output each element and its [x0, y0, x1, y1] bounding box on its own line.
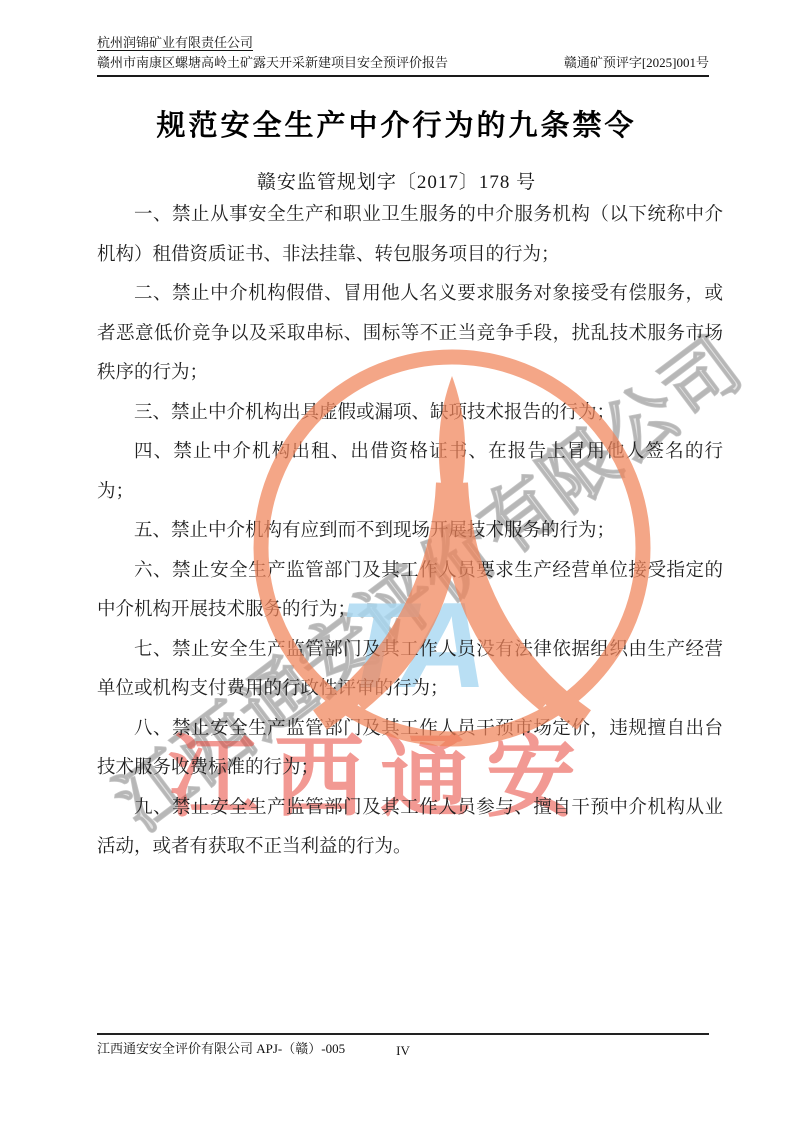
- prohibition-item-5: 五、禁止中介机构有应到而不到现场开展技术服务的行为；: [97, 512, 723, 552]
- header-report-row: 赣州市南康区螺塘高岭土矿露天开采新建项目安全预评价报告 赣通矿预评字[2025]…: [97, 53, 709, 77]
- document-body: 一、禁止从事安全生产和职业卫生服务的中介服务机构（以下统称中介机构）租借资质证书…: [97, 196, 723, 868]
- prohibition-item-4: 四、禁止中介机构出租、出借资格证书、在报告上冒用他人签名的行为；: [97, 433, 723, 512]
- prohibition-item-6: 六、禁止安全生产监管部门及其工作人员要求生产经营单位接受指定的中介机构开展技术服…: [97, 552, 723, 631]
- page-footer: 江西通安安全评价有限公司 APJ-（赣）-005 IV: [97, 1033, 709, 1059]
- header-report-title: 赣州市南康区螺塘高岭土矿露天开采新建项目安全预评价报告: [97, 53, 448, 73]
- prohibition-item-1: 一、禁止从事安全生产和职业卫生服务的中介服务机构（以下统称中介机构）租借资质证书…: [97, 196, 723, 275]
- prohibition-item-8: 八、禁止安全生产监管部门及其工作人员干预市场定价，违规擅自出台技术服务收费标准的…: [97, 710, 723, 789]
- header-doc-code: 赣通矿预评字[2025]001号: [564, 53, 709, 73]
- page-title: 规范安全生产中介行为的九条禁令: [0, 103, 793, 144]
- header-company-name: 杭州润锦矿业有限责任公司: [97, 33, 709, 53]
- document-number: 赣安监管规划字〔2017〕178 号: [0, 167, 793, 194]
- document-page: 江西通安评价有限公司 TA 江西通安 杭州润锦矿业有限责任公司 赣州市南康区螺塘…: [0, 0, 793, 1122]
- prohibition-item-3: 三、禁止中介机构出具虚假或漏项、缺项技术报告的行为；: [97, 394, 723, 434]
- footer-rule: [97, 1033, 709, 1035]
- prohibition-item-9: 九、禁止安全生产监管部门及其工作人员参与、擅自干预中介机构从业活动，或者有获取不…: [97, 789, 723, 868]
- page-header: 杭州润锦矿业有限责任公司 赣州市南康区螺塘高岭土矿露天开采新建项目安全预评价报告…: [97, 33, 709, 77]
- prohibition-item-7: 七、禁止安全生产监管部门及其工作人员没有法律依据组织由生产经营单位或机构支付费用…: [97, 631, 723, 710]
- prohibition-item-2: 二、禁止中介机构假借、冒用他人名义要求服务对象接受有偿服务，或者恶意低价竞争以及…: [97, 275, 723, 394]
- footer-company-id: 江西通安安全评价有限公司 APJ-（赣）-005: [97, 1038, 345, 1057]
